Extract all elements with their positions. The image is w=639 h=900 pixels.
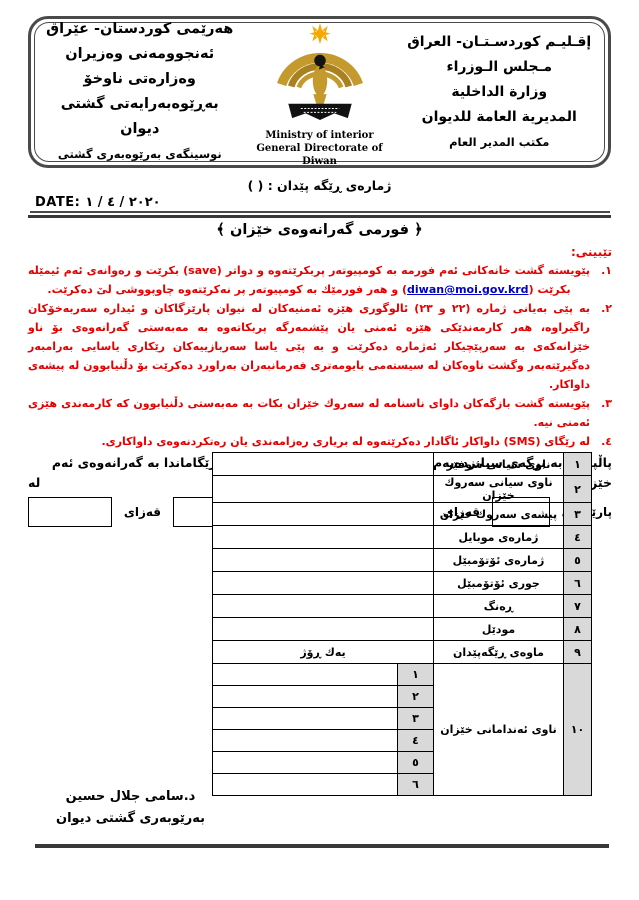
email-paren-close: )	[529, 283, 534, 296]
note-number: ١.	[590, 261, 612, 299]
permission-number-line: ژمارەی ڕێگە پێدان : ( )	[0, 178, 639, 193]
member-number: ٥	[398, 752, 434, 774]
notes-heading: تێبینی:	[28, 244, 612, 261]
arabic-header-line: مـجلس الـوزراء	[401, 55, 599, 80]
permission-duration-value[interactable]: یەك ڕۆژ	[213, 641, 434, 664]
form-table: ١ ناوی سیانی شوفێر ٢ ناوی سیانی سەروك خێ…	[212, 452, 592, 796]
note-text-after-email: و هەر فورمێك بە کومپیوتەر پر نەکرێتەوە چ…	[47, 283, 398, 296]
form-title: ﴿ فورمی گەرانەوەی خێزان ﴾	[0, 222, 639, 238]
note-number: ٢.	[590, 299, 612, 394]
letterhead-inner: هەرێمی کوردستان- عێراق ئەنجوومەنی وەزیرا…	[34, 22, 605, 162]
kurdistan-eagle-emblem-icon	[272, 21, 368, 129]
row-value-cell[interactable]	[213, 572, 434, 595]
signatory-name: د.سامی جلال حسین	[38, 786, 223, 808]
row-label: پیشەی سەروك خێزان	[434, 503, 564, 526]
row-label: ژمارەی موبایل	[434, 526, 564, 549]
note-item-2: ٢. بە پێی بەیانی ژمارە (٢٢ و ٢٣) ئالوگور…	[28, 299, 612, 394]
to-district-label: قەزای	[124, 505, 161, 519]
note-item-1: ١. پێویستە گشت خانەکانی ئەم فورمە بە کوم…	[28, 261, 612, 299]
note-text: لە رێگای (SMS) داواکار ئاگادار دەکرێتەوە…	[28, 432, 590, 451]
footer-rule	[35, 844, 609, 848]
table-row: ٦ جوری ئۆتۆمبێل	[213, 572, 592, 595]
note-number: ٤.	[590, 432, 612, 451]
row-number: ١	[564, 453, 592, 476]
letterhead-arabic-column: إقـليـم كوردسـتـان- العراق مـجلس الـوزرا…	[395, 23, 605, 161]
note-text: پێویستە گشت خانەکانی ئەم فورمە بە کومپیو…	[28, 261, 590, 299]
kurdish-header-line: هەرێمی کوردستان- عێراق	[41, 17, 239, 42]
member-number: ٤	[398, 730, 434, 752]
ministry-english-line2: General Directorate of Diwan	[245, 142, 395, 168]
member-name-cell[interactable]	[213, 708, 398, 730]
row-label: مودێل	[434, 618, 564, 641]
member-number: ٣	[398, 708, 434, 730]
diwan-email-link[interactable]: diwan@moi.gov.krd	[407, 283, 529, 296]
member-number: ٢	[398, 686, 434, 708]
member-name-cell[interactable]	[213, 752, 398, 774]
row-number: ٦	[564, 572, 592, 595]
table-row: ٧ ڕەنگ	[213, 595, 592, 618]
row-number: ٨	[564, 618, 592, 641]
member-name-cell[interactable]	[213, 730, 398, 752]
row-value-cell[interactable]	[213, 476, 434, 503]
row-value-cell[interactable]	[213, 453, 434, 476]
row-value-cell[interactable]	[213, 618, 434, 641]
row-label: ژمارەی ئۆتۆمبێل	[434, 549, 564, 572]
to-district-input[interactable]	[28, 497, 112, 527]
kurdish-header-line: ئەنجوومەنی وەزیران	[41, 42, 239, 67]
arabic-header-line: مكتب المدير العام	[401, 130, 599, 155]
kurdish-header-line: بەڕێوەبەرایەتی گشتی دیوان	[41, 92, 239, 142]
letterhead-kurdish-column: هەرێمی کوردستان- عێراق ئەنجوومەنی وەزیرا…	[35, 23, 245, 161]
row-label: جوری ئۆتۆمبێل	[434, 572, 564, 595]
date-line: DATE: ٢٠٢٠ / ٤ / ١	[35, 195, 161, 210]
table-row: ٢ ناوی سیانی سەروك خێزان	[213, 476, 592, 503]
arabic-header-line: إقـليـم كوردسـتـان- العراق	[401, 30, 599, 55]
kurdish-header-line: وەزارەتی ناوخۆ	[41, 67, 239, 92]
letterhead-box: هەرێمی کوردستان- عێراق ئەنجوومەنی وەزیرا…	[28, 16, 611, 168]
member-name-cell[interactable]	[213, 664, 398, 686]
row-number: ٩	[564, 641, 592, 664]
member-name-cell[interactable]	[213, 686, 398, 708]
row-number: ١٠	[564, 664, 592, 796]
table-row: ٩ ماوەی ڕێگەپێدان یەك ڕۆژ	[213, 641, 592, 664]
email-wrap: (diwan@moi.gov.krd)	[402, 283, 534, 296]
date-value: ٢٠٢٠ / ٤ / ١	[85, 195, 160, 210]
row-value-cell[interactable]	[213, 503, 434, 526]
table-row: ٤ ژمارەی موبایل	[213, 526, 592, 549]
letterhead-center-column: Ministry of interior General Directorate…	[245, 23, 395, 161]
signature-block: د.سامی جلال حسین بەرێوبەری گشتی دیوان	[38, 786, 223, 830]
row-label: ماوەی ڕێگەپێدان	[434, 641, 564, 664]
note-text: پێویستە گشت بازگەکان داوای ناسنامە لە سە…	[28, 394, 590, 432]
arabic-header-line: وزارة الداخلية	[401, 80, 599, 105]
signatory-title: بەرێوبەری گشتی دیوان	[38, 808, 223, 830]
ministry-english-line1: Ministry of interior	[265, 129, 373, 142]
row-value-cell[interactable]	[213, 549, 434, 572]
table-row: ٥ ژمارەی ئۆتۆمبێل	[213, 549, 592, 572]
kurdish-header-line: نوسینگەی بەرێوەبەری گشتی	[41, 142, 239, 167]
note-text: بە پێی بەیانی ژمارە (٢٢ و ٢٣) ئالوگوری ه…	[28, 299, 590, 394]
note-item-4: ٤. لە رێگای (SMS) داواکار ئاگادار دەکرێت…	[28, 432, 612, 451]
table-row: ٣ پیشەی سەروك خێزان	[213, 503, 592, 526]
header-rule-thick	[28, 215, 611, 219]
header-rule-thin	[30, 211, 610, 213]
family-member-row: ١٠ ناوی ئەندامانی خێزان ١	[213, 664, 592, 686]
row-label: ناوی سیانی سەروك خێزان	[434, 476, 564, 503]
table-row: ٨ مودێل	[213, 618, 592, 641]
family-members-label: ناوی ئەندامانی خێزان	[434, 664, 564, 796]
member-number: ١	[398, 664, 434, 686]
row-number: ٣	[564, 503, 592, 526]
note-number: ٣.	[590, 394, 612, 432]
note-item-3: ٣. پێویستە گشت بازگەکان داوای ناسنامە لە…	[28, 394, 612, 432]
row-value-cell[interactable]	[213, 526, 434, 549]
row-label: ڕەنگ	[434, 595, 564, 618]
table-row: ١ ناوی سیانی شوفێر	[213, 453, 592, 476]
row-number: ٤	[564, 526, 592, 549]
arabic-header-line: المديرية العامة للديوان	[401, 105, 599, 130]
family-return-form-page: هەرێمی کوردستان- عێراق ئەنجوومەنی وەزیرا…	[0, 0, 639, 900]
row-number: ٥	[564, 549, 592, 572]
date-label: DATE:	[35, 195, 80, 210]
row-number: ٢	[564, 476, 592, 503]
row-value-cell[interactable]	[213, 595, 434, 618]
member-number: ٦	[398, 774, 434, 796]
row-label: ناوی سیانی شوفێر	[434, 453, 564, 476]
row-number: ٧	[564, 595, 592, 618]
member-name-cell[interactable]	[213, 774, 398, 796]
